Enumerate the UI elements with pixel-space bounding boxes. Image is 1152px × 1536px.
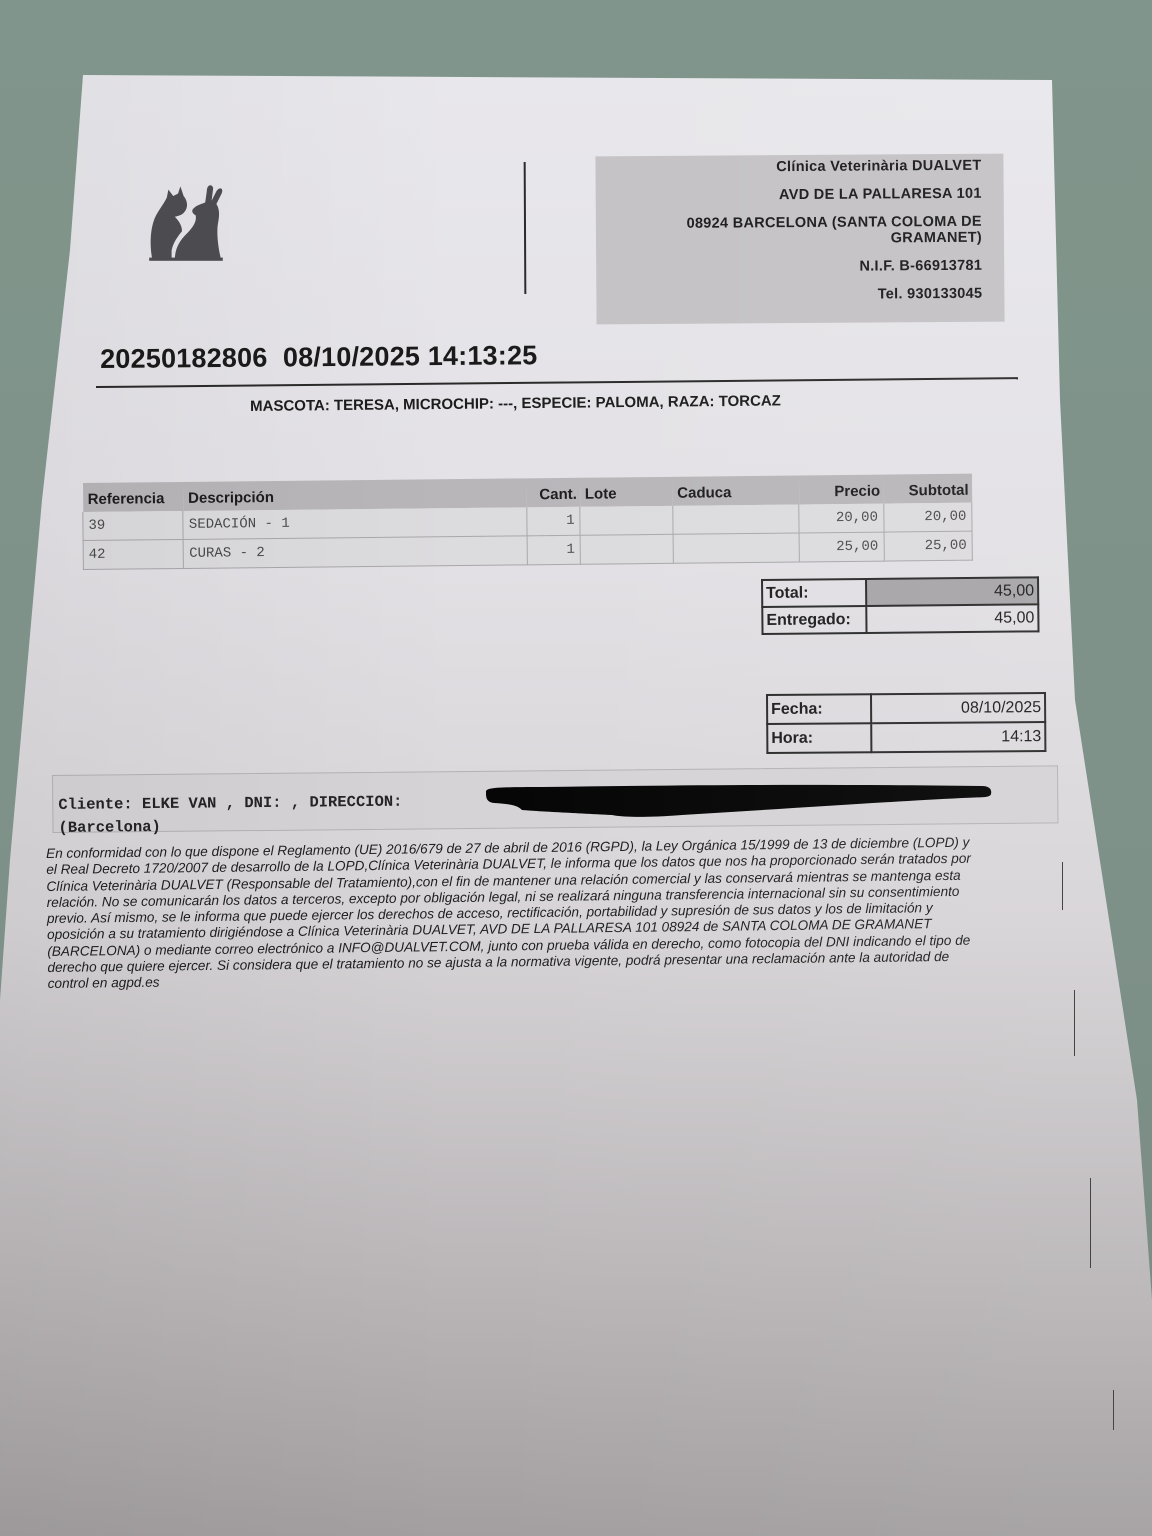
print-artifact [1113,1390,1114,1430]
total-value: 45,00 [866,577,1038,606]
delivered-value: 45,00 [866,604,1038,633]
print-artifact [1074,990,1075,1056]
clinic-name: Clínica Veterinària DUALVET [595,158,981,178]
delivered-row: Entregado: 45,00 [762,604,1038,634]
legal-line: Clínica Veterinària DUALVET (Responsable… [46,866,1076,895]
print-artifact [1090,1178,1091,1268]
time-label: Hora: [767,723,871,753]
redaction-mark [482,782,992,820]
date-time-box: Fecha: 08/10/2025 Hora: 14:13 [766,692,1046,754]
clinic-phone: Tel. 930133045 [596,286,982,306]
table-row: 42 CURAS - 2 1 25,00 25,00 [83,531,972,569]
legal-line: relación. No se comunicarán los datos a … [47,882,1077,911]
clinic-address-line1: AVD DE LA PALLARESA 101 [596,186,982,206]
time-row: Hora: 14:13 [767,722,1045,753]
items-table: Referencia Descripción Cant. Lote Caduca… [82,474,973,570]
legal-line: control en agpd.es [48,964,1078,993]
total-row: Total: 45,00 [762,577,1038,607]
header-rule [96,377,1018,388]
col-caduca: Caduca [672,475,799,505]
col-subtotal: Subtotal [883,474,972,504]
header-divider [524,162,527,294]
cell-cant: 1 [527,507,581,536]
clinic-address-line3: GRAMANET) [596,230,982,250]
col-lote: Lote [580,477,673,507]
time-value: 14:13 [871,722,1045,752]
gdpr-legal-notice: En conformidad con lo que dispone el Reg… [46,833,1078,992]
cell-descripcion: CURAS - 2 [184,536,528,569]
document-datetime: 08/10/2025 14:13:25 [283,340,538,372]
client-line1: Cliente: ELKE VAN , DNI: , DIRECCION: [58,793,402,814]
cell-cant: 1 [527,535,581,565]
cell-subtotal: 20,00 [883,503,972,532]
cell-lote [580,534,673,564]
legal-line: previo. Así mismo, se le informa que pue… [47,899,1077,928]
document-header: 20250182806 08/10/2025 14:13:25 [100,340,538,375]
date-value: 08/10/2025 [871,693,1045,723]
client-line2: (Barcelona) [58,818,160,837]
col-cant: Cant. [526,478,580,508]
receipt-paper: Clínica Veterinària DUALVET AVD DE LA PA… [0,0,1152,1536]
pet-info-line: MASCOTA: TERESA, MICROCHIP: ---, ESPECIE… [250,392,781,415]
cell-lote [580,506,673,535]
cat-and-rabbit-logo-icon [138,180,242,276]
cell-caduca [673,533,800,563]
clinic-info-box: Clínica Veterinària DUALVET AVD DE LA PA… [595,154,1004,325]
clinic-address-line2: 08924 BARCELONA (SANTA COLOMA DE [596,214,982,233]
client-info-box: Cliente: ELKE VAN , DNI: , DIRECCION: (B… [52,765,1059,833]
col-referencia: Referencia [82,482,183,512]
date-label: Fecha: [767,694,871,724]
legal-line: el Real Decreto 1720/2007 de desarrollo … [46,850,1076,879]
print-artifact [1062,862,1063,910]
col-descripcion: Descripción [183,478,527,511]
document-number: 20250182806 [100,343,268,374]
total-label: Total: [762,579,866,607]
table-row: 39 SEDACIÓN - 1 1 20,00 20,00 [83,503,972,541]
cell-referencia: 42 [83,539,184,569]
totals-box: Total: 45,00 Entregado: 45,00 [761,576,1040,635]
legal-line: (BARCELONA) o mediante correo electrónic… [47,931,1077,960]
delivered-label: Entregado: [762,606,866,634]
legal-line: En conformidad con lo que dispone el Reg… [46,833,1076,862]
cell-caduca [672,504,799,534]
cell-precio: 25,00 [799,532,884,562]
cell-descripcion: SEDACIÓN - 1 [183,507,527,539]
clinic-nif: N.I.F. B-66913781 [596,258,982,278]
cell-referencia: 39 [83,511,184,541]
legal-line: oposición a su tratamiento dirigiéndose … [47,915,1077,944]
items-table-header: Referencia Descripción Cant. Lote Caduca… [82,474,971,512]
date-row: Fecha: 08/10/2025 [767,693,1045,724]
cell-precio: 20,00 [799,504,884,533]
legal-line: derecho que quiere ejercer. Si considera… [47,947,1077,976]
col-precio: Precio [799,475,884,505]
cell-subtotal: 25,00 [884,531,973,561]
